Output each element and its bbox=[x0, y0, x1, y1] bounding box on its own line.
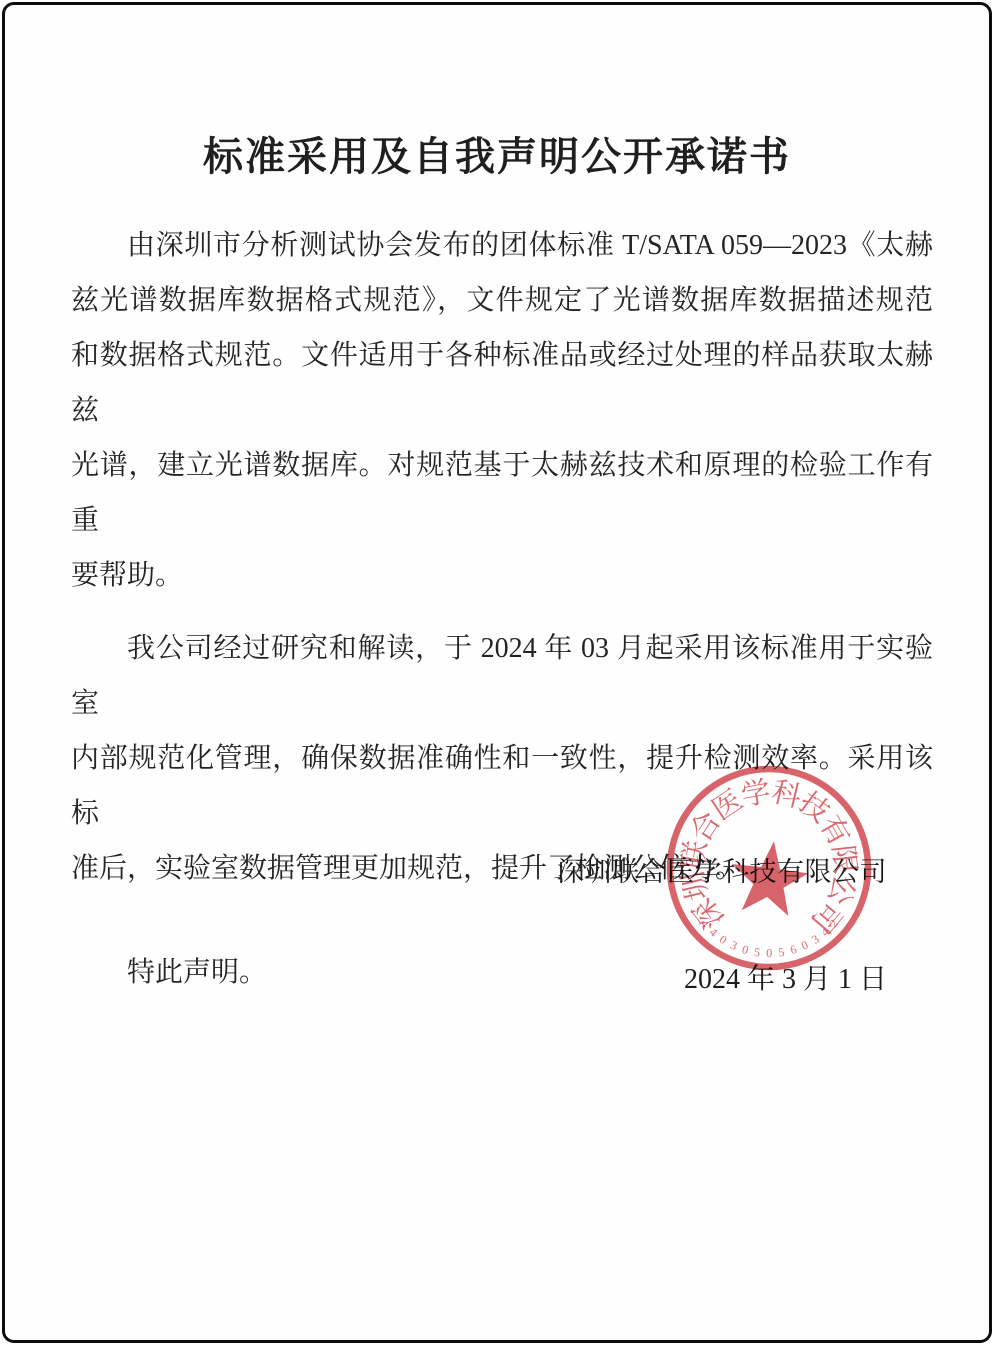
seal-serial-digit: 3 bbox=[728, 938, 739, 953]
seal-star-icon bbox=[733, 841, 809, 916]
text-line: 光谱，建立光谱数据库。对规范基于太赫兹技术和原理的检验工作有重 bbox=[71, 438, 933, 548]
text-line: 和数据格式规范。文件适用于各种标准品或经过处理的样品获取太赫兹 bbox=[71, 328, 933, 438]
company-seal: 深圳联合医学科技有限公司4403050560342 bbox=[649, 750, 889, 990]
paragraph-1: 由深圳市分析测试协会发布的团体标准 T/SATA 059—2023《太赫兹光谱数… bbox=[71, 218, 933, 603]
seal-serial-digit: 0 bbox=[799, 938, 810, 953]
seal-serial-digit: 5 bbox=[777, 945, 785, 960]
seal-serial-digit: 0 bbox=[766, 946, 772, 960]
text-line: 兹光谱数据库数据格式规范》，文件规定了光谱数据库数据描述规范 bbox=[71, 273, 933, 328]
seal-ring-char: 圳 bbox=[676, 868, 715, 904]
seal-serial-digit: 6 bbox=[788, 942, 798, 957]
seal-serial-digit: 0 bbox=[740, 942, 750, 957]
seal-svg: 深圳联合医学科技有限公司4403050560342 bbox=[649, 750, 889, 990]
text-line: 由深圳市分析测试协会发布的团体标准 T/SATA 059—2023《太赫 bbox=[71, 218, 933, 273]
seal-serial-digit: 0 bbox=[717, 932, 730, 947]
document-title: 标准采用及自我声明公开承诺书 bbox=[5, 133, 989, 181]
text-line: 我公司经过研究和解读，于 2024 年 03 月起采用该标准用于实验室 bbox=[71, 621, 933, 731]
document-page: 标准采用及自我声明公开承诺书 由深圳市分析测试协会发布的团体标准 T/SATA … bbox=[2, 2, 992, 1343]
text-line: 要帮助。 bbox=[71, 548, 933, 603]
seal-serial-digit: 5 bbox=[753, 945, 761, 960]
seal-serial-digit: 3 bbox=[809, 932, 822, 947]
